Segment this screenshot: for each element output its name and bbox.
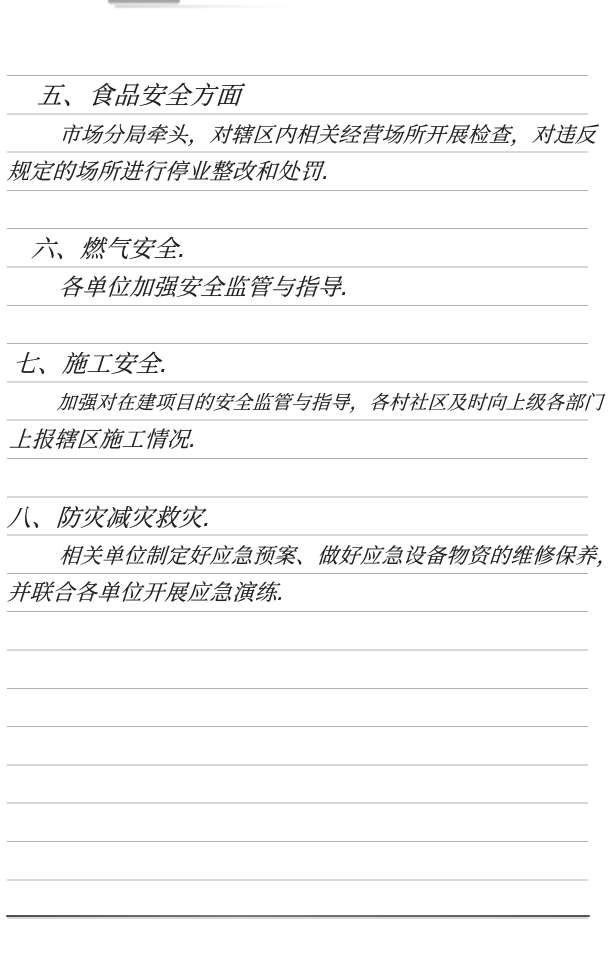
section-7-body-line-1: 加强对在建项目的安全监管与指导，各村社区及时向上级各部门 [56, 385, 605, 421]
section-8-body-line-2: 并联合各单位开展应急演练. [6, 576, 286, 612]
section-6-body-line-1: 各单位加强安全监管与指导. [58, 270, 350, 306]
section-8-heading: 八、防灾减灾救灾. [6, 500, 213, 536]
ruled-lines [7, 75, 588, 920]
section-7-heading: 七、施工安全. [12, 346, 170, 382]
section-5-body-line-2: 规定的场所进行停业整改和处罚. [6, 155, 331, 191]
section-8-body-line-1: 相关单位制定好应急预案、做好应急设备物资的维修保养， [58, 538, 610, 574]
handwritten-note-page: 五、食品安全方面 市场分局牵头，对辖区内相关经营场所开展检查，对违反 规定的场所… [0, 0, 610, 960]
scan-smudge-streak [115, 5, 295, 8]
section-5-body-line-1: 市场分局牵头，对辖区内相关经营场所开展检查，对违反 [58, 117, 598, 153]
section-6-heading: 六、燃气安全. [30, 231, 188, 267]
section-7-body-line-2: 上报辖区施工情况. [8, 423, 198, 459]
bottom-rule-line [6, 915, 590, 917]
section-5-heading: 五、食品安全方面 [36, 78, 243, 114]
